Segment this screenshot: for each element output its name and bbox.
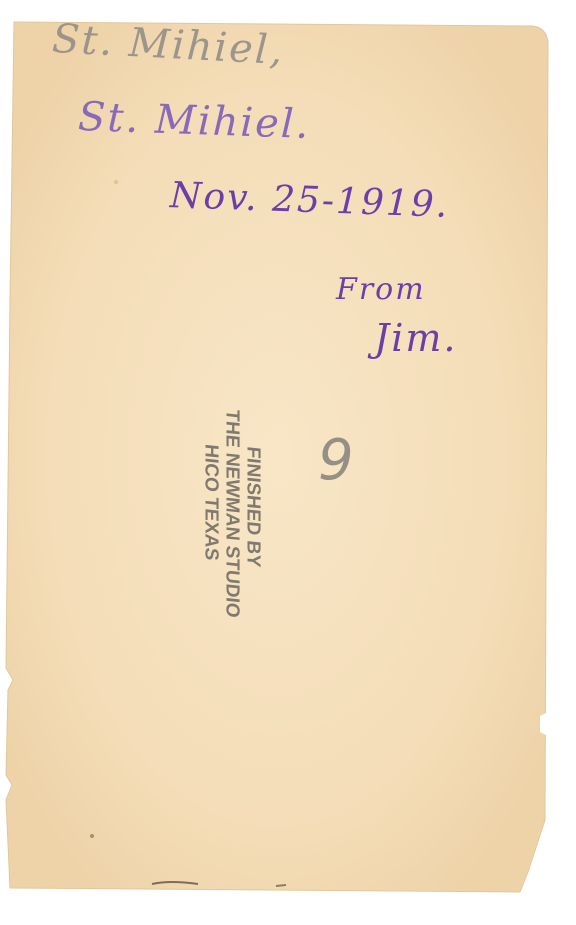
from-label: From bbox=[336, 272, 426, 307]
pencil-number-mark: 9 bbox=[318, 428, 354, 493]
stamp-line-finished-by: FINISHED BY bbox=[243, 411, 264, 603]
photo-card-back: St. Mihiel, St. Mihiel. Nov. 25-1919. Fr… bbox=[0, 0, 576, 925]
stamp-line-studio: THE NEWMAN STUDIO bbox=[222, 408, 243, 600]
stamp-line-location: HICO TEXAS bbox=[201, 406, 222, 598]
studio-stamp: FINISHED BY THE NEWMAN STUDIO HICO TEXAS bbox=[201, 406, 264, 603]
ink-location-note: St. Mihiel. bbox=[77, 94, 311, 148]
signature: Jim. bbox=[374, 316, 458, 360]
